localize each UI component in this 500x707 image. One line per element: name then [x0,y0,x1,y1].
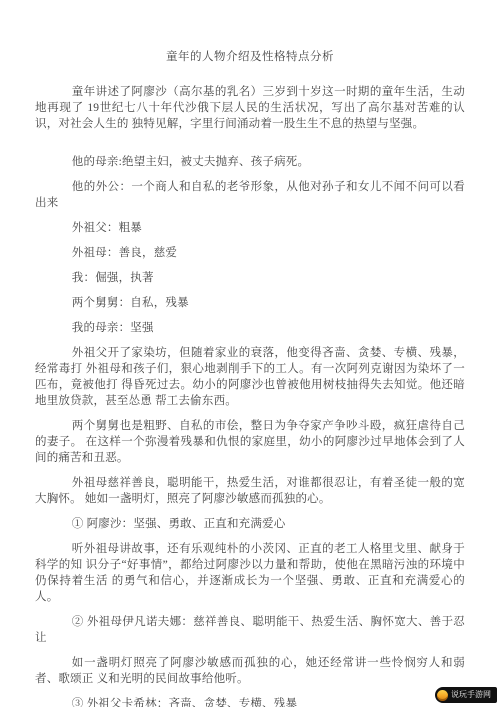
paragraph-mother-label: 他的母亲:绝望主妇，被丈夫抛弃、孩子病死。 [35,154,465,170]
list-item-1-alyosha: ① 阿廖沙：坚强、勇敢、正直和充满爱心 [35,516,465,532]
list-item-2-grandmother: ② 外祖母伊凡诺夫娜：慈祥善良、聪明能干、热爱生活、胸怀宽大、善于忍让 [35,614,465,646]
paragraph-grandfather-trait: 外祖父：粗暴 [35,220,465,236]
paragraph-grandmother-story: 外祖母慈祥善良，聪明能干，热爱生活，对谁都很忍让，有着圣徒一般的宽大胸怀。 她如… [35,475,465,507]
document-page: 童年的人物介绍及性格特点分析 童年讲述了阿廖沙（高尔基的乳名）三岁到十岁这一时期… [0,0,500,707]
paragraph-grandmother-lamp: 如一盏明灯照亮了阿廖沙敏感而孤独的心，她还经常讲一些怜悯穷人和弱者、歌颂正 义和… [35,655,465,687]
paragraph-my-mother-trait: 我的母亲：坚强 [35,320,465,336]
document-title: 童年的人物介绍及性格特点分析 [35,48,465,64]
watermark-text: 说玩手游网 [451,691,491,699]
paragraph-uncles-trait: 两个舅舅：自私，残暴 [35,295,465,311]
list-item-3-grandfather: ③ 外祖父卡希林：吝啬、贪婪、专横、残暴 [35,696,465,707]
paragraph-me-trait: 我：倔强，执著 [35,270,465,286]
paragraph-intro: 童年讲述了阿廖沙（高尔基的乳名）三岁到十岁这一时期的童年生活，生动地再现了 19… [35,84,465,132]
paragraph-uncles-story: 两个舅舅也是粗野、自私的市侩，整日为争夺家产争吵斗殴，疯狂虐待自己的妻子。 在这… [35,418,465,466]
paragraph-grandmother-trait: 外祖母：善良，慈爱 [35,245,465,261]
paragraph-alyosha-growth: 听外祖母讲故事，还有乐观纯朴的小茨冈、正直的老工人格里戈里、献身于科学的知 识分… [35,541,465,605]
watermark-logo-icon [437,690,448,701]
watermark-badge: 说玩手游网 [435,687,497,703]
paragraph-grandpa-label: 他的外公：一个商人和自私的老爷形象，从他对孙子和女儿不闻不问可以看出来 [35,179,465,211]
paragraph-grandfather-story: 外祖父开了家染坊，但随着家业的衰落，他变得吝啬、贪婪、专横、残暴，经常毒打 外祖… [35,345,465,409]
